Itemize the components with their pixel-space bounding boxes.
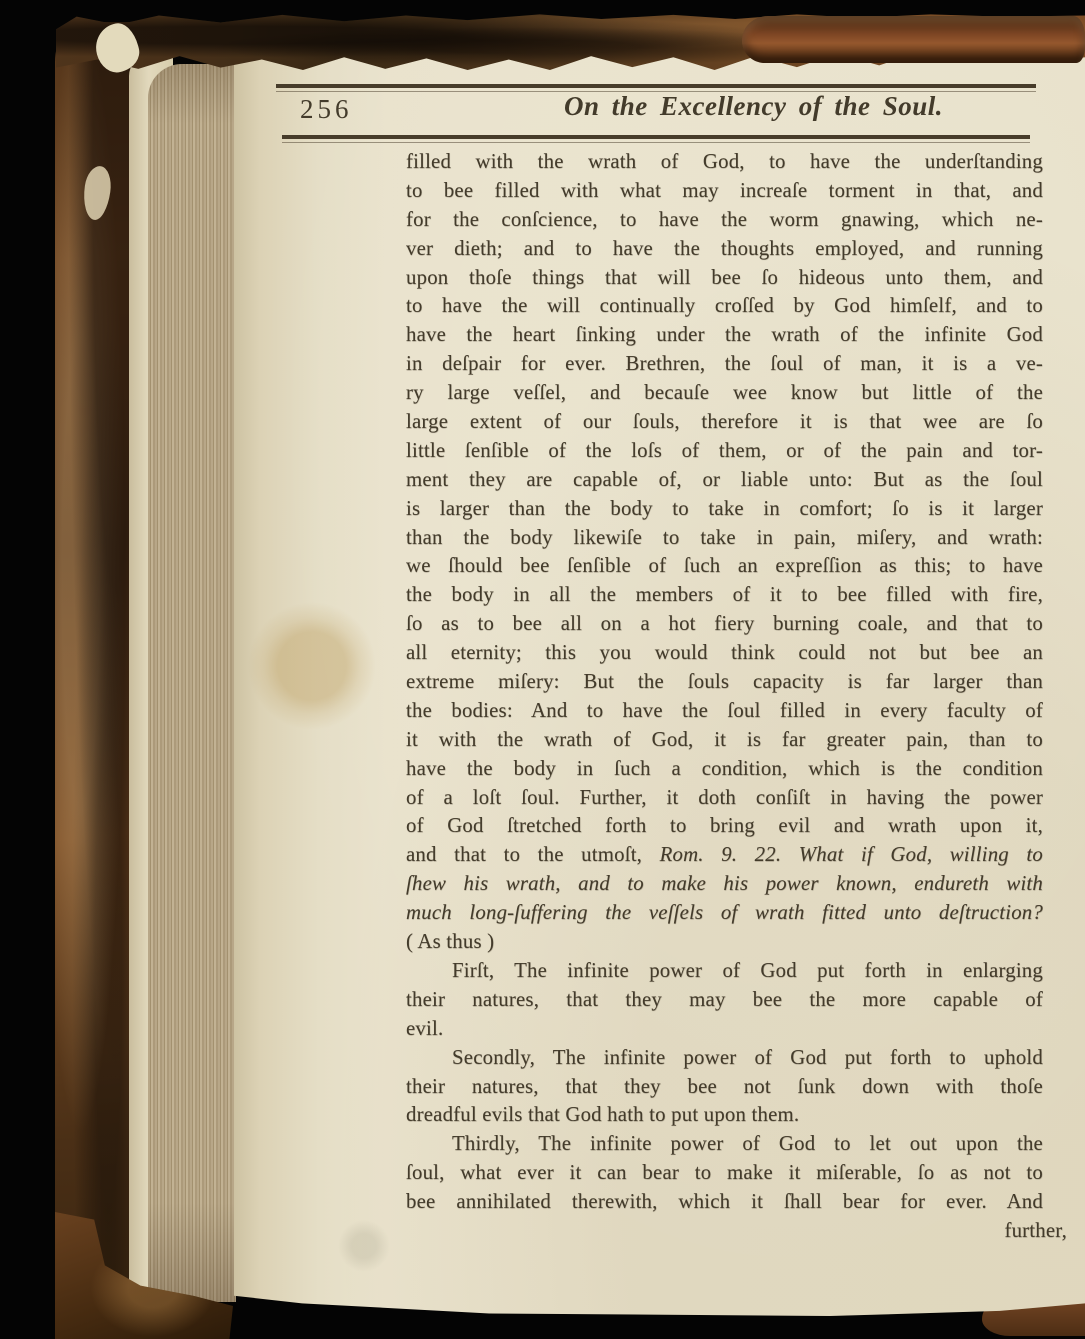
text-line: have the heart ſinking under the wrath o…: [406, 321, 1043, 350]
text-line: to have the will continually croſſed by …: [406, 292, 1043, 321]
text-line: and that to the utmoſt, Rom. 9. 22. What…: [406, 841, 1043, 870]
text-line: extreme miſery: But the ſouls capacity i…: [406, 668, 1043, 697]
text-line: ſhew his wrath, and to make his power kn…: [406, 870, 1043, 899]
text-line: than the body likewiſe to take in pain, …: [406, 524, 1043, 553]
text-line: much long-ſuffering the veſſels of wrath…: [406, 899, 1043, 928]
text-line: ver dieth; and to have the thoughts empl…: [406, 235, 1043, 264]
text-line: the body in all the members of it to bee…: [406, 581, 1043, 610]
text-line: filled with the wrath of God, to have th…: [406, 148, 1043, 177]
text-line: Thirdly, The infinite power of God to le…: [406, 1130, 1043, 1159]
text-line: to bee filled with what may increaſe tor…: [406, 177, 1043, 206]
text-line: is larger than the body to take in comfo…: [406, 495, 1043, 524]
text-line: we ſhould bee ſenſible of ſuch an expreſ…: [406, 552, 1043, 581]
text-line: ſoul, what ever it can bear to make it m…: [406, 1159, 1043, 1188]
running-title: On the Excellency of the Soul.: [564, 91, 943, 122]
text-line: dreadful evils that God hath to put upon…: [406, 1101, 1043, 1130]
text-line: Firſt, The infinite power of God put for…: [406, 957, 1043, 986]
text-line: of a loſt ſoul. Further, it doth conſiſt…: [406, 784, 1043, 813]
book-page: 256 On the Excellency of the Soul. fille…: [234, 48, 1085, 1316]
text-line: large extent of our ſouls, therefore it …: [406, 408, 1043, 437]
book-cover-top-roll: [742, 16, 1085, 63]
text-line: upon thoſe things that will bee ſo hideo…: [406, 264, 1043, 293]
text-line: all eternity; this you would think could…: [406, 639, 1043, 668]
page-number: 256: [300, 94, 353, 125]
text-line: bee annihilated therewith, which it ſhal…: [406, 1188, 1043, 1217]
text-line: ( As thus ): [406, 928, 1043, 957]
text-line: ment they are capable of, or liable unto…: [406, 466, 1043, 495]
text-line: their natures, that they may bee the mor…: [406, 986, 1043, 1015]
catchword: further,: [406, 1217, 1067, 1246]
text-line: evil.: [406, 1015, 1043, 1044]
text-line: for the conſcience, to have the worm gna…: [406, 206, 1043, 235]
text-line: their natures, that they bee not ſunk do…: [406, 1073, 1043, 1102]
text-line: in deſpair for ever. Brethren, the ſoul …: [406, 350, 1043, 379]
text-line: ſo as to bee all on a hot fiery burning …: [406, 610, 1043, 639]
header-rule-bottom: [282, 135, 1030, 143]
page-edges-texture: [148, 64, 236, 1302]
text-line: ry large veſſel, and becauſe wee know bu…: [406, 379, 1043, 408]
text-line: of God ſtretched forth to bring evil and…: [406, 812, 1043, 841]
text-line: little ſenſible of the loſs of them, or …: [406, 437, 1043, 466]
body-text: filled with the wrath of God, to have th…: [406, 148, 1043, 1246]
text-line: the bodies: And to have the ſoul filled …: [406, 697, 1043, 726]
text-line: it with the wrath of God, it is far grea…: [406, 726, 1043, 755]
text-line: Secondly, The infinite power of God put …: [406, 1044, 1043, 1073]
book-scan: 256 On the Excellency of the Soul. fille…: [0, 0, 1085, 1339]
text-line: have the body in ſuch a condition, which…: [406, 755, 1043, 784]
